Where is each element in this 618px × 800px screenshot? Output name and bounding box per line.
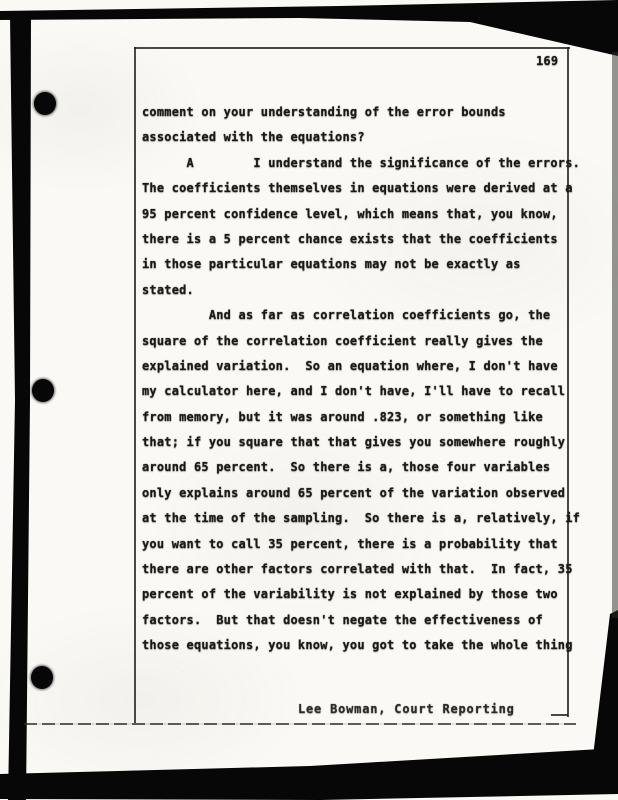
page-number: 169 xyxy=(536,54,558,68)
court-reporter-footer: Lee Bowman, Court Reporting xyxy=(298,701,515,717)
hole-punch-bottom xyxy=(31,666,53,689)
transcript-line: associated with the equations? xyxy=(142,125,592,150)
transcript-line: explained variation. So an equation wher… xyxy=(142,354,592,379)
transcript-line: percent of the variability is not explai… xyxy=(142,582,592,607)
transcript-line: that; if you square that that gives you … xyxy=(142,430,592,455)
frame-left-rule xyxy=(134,47,136,723)
transcript-line: in those particular equations may not be… xyxy=(142,252,592,277)
transcript-line: factors. But that doesn't negate the eff… xyxy=(142,608,592,633)
transcript-line: only explains around 65 percent of the v… xyxy=(142,481,592,506)
transcript-line: there are other factors correlated with … xyxy=(142,557,592,582)
transcript-line: The coefficients themselves in equations… xyxy=(142,176,592,201)
transcript-text-block: comment on your understanding of the err… xyxy=(142,100,592,659)
frame-top-rule xyxy=(134,47,570,49)
transcript-line: from memory, but it was around .823, or … xyxy=(142,405,592,430)
transcript-line: there is a 5 percent chance exists that … xyxy=(142,227,592,252)
transcript-line: those equations, you know, you got to ta… xyxy=(142,633,592,658)
scanned-transcript-page: 169 comment on your understanding of the… xyxy=(0,0,618,800)
scan-artifact-right-strip xyxy=(612,52,618,618)
hole-punch-top xyxy=(34,92,56,115)
hole-punch-middle xyxy=(32,379,54,402)
transcript-line: 95 percent confidence level, which means… xyxy=(142,202,592,227)
transcript-line: you want to call 35 percent, there is a … xyxy=(142,532,592,557)
transcript-line: around 65 percent. So there is a, those … xyxy=(142,455,592,480)
frame-bottom-hook xyxy=(551,714,568,716)
footer-rule-line xyxy=(24,723,576,725)
transcript-line: And as far as correlation coefficients g… xyxy=(142,303,592,328)
transcript-line: my calculator here, and I don't have, I'… xyxy=(142,379,592,404)
transcript-line: stated. xyxy=(142,278,592,303)
transcript-line: at the time of the sampling. So there is… xyxy=(142,506,592,531)
transcript-line: square of the correlation coefficient re… xyxy=(142,329,592,354)
transcript-line: comment on your understanding of the err… xyxy=(142,100,592,125)
transcript-line: A I understand the significance of the e… xyxy=(142,151,592,176)
